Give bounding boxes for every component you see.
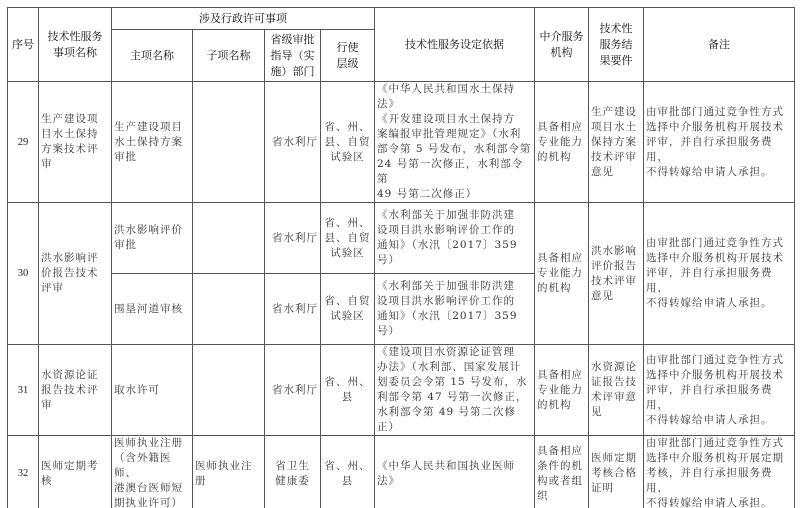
header-remark: 备注 xyxy=(644,8,795,82)
header-sub-item: 子项名称 xyxy=(193,30,265,82)
service-name-cell: 水资源论证 报告技术评 审 xyxy=(39,345,112,436)
header-level: 行使 层级 xyxy=(321,30,375,82)
agency-cell: 具备相应 专业能力 的机构 xyxy=(535,345,589,436)
remark-cell: 由审批部门通过竞争性方式 选择中介服务机构开展技术 评审，并自行承担服务费用， … xyxy=(644,203,795,345)
main-item-cell: 医师执业注册 （含外籍医师、 港澳台医师短 期执业许可） xyxy=(112,436,193,508)
header-service-name: 技术性服务 事项名称 xyxy=(39,8,112,82)
header-dept: 省级审批 指导（实 施）部门 xyxy=(265,30,321,82)
main-item-cell: 洪水影响评价 审批 xyxy=(112,203,193,274)
sub-item-cell: 医师执业注 册 xyxy=(193,436,265,508)
agency-cell: 具备相应 专业能力 的机构 xyxy=(535,82,589,203)
sub-item-cell xyxy=(193,345,265,436)
main-item-cell: 生产建设项目 水土保持方案 审批 xyxy=(112,82,193,203)
result-cell: 医师定期 考核合格 证明 xyxy=(589,436,644,508)
table-row: 29 生产建设项 目水土保持 方案技术评 审 生产建设项目 水土保持方案 审批 … xyxy=(8,82,795,203)
level-cell: 省、州、 县、自贸 试验区 xyxy=(321,203,375,274)
result-cell: 水资源论 证报告技 术评审意 见 xyxy=(589,345,644,436)
service-name-cell: 医师定期考 核 xyxy=(39,436,112,508)
intermediary-services-table: 序号 技术性服务 事项名称 涉及行政许可事项 技术性服务设定依据 中介服务 机构… xyxy=(7,7,795,508)
dept-cell: 省卫生 健康委 xyxy=(265,436,321,508)
header-basis: 技术性服务设定依据 xyxy=(375,8,535,82)
sub-item-cell xyxy=(193,274,265,345)
agency-cell: 具备相应 专业能力 的机构 xyxy=(535,203,589,345)
seq-cell: 30 xyxy=(8,203,39,345)
agency-cell: 具备相应 条件的机 构或者组 织 xyxy=(535,436,589,508)
level-cell: 省、州、 县 xyxy=(321,436,375,508)
dept-cell: 省水利厅 xyxy=(265,274,321,345)
level-cell: 省、州、 县、自贸 试验区 xyxy=(321,82,375,203)
seq-cell: 32 xyxy=(8,436,39,508)
sub-item-cell xyxy=(193,82,265,203)
remark-cell: 由审批部门通过竞争性方式 选择中介服务机构开展定期 考核，并自行承担服务费用， … xyxy=(644,436,795,508)
sub-item-cell xyxy=(193,203,265,274)
basis-cell: 《水利部关于加强非防洪建 设项目洪水影响评价工作的 通知》（水汛〔2017〕35… xyxy=(375,203,535,274)
table-row: 31 水资源论证 报告技术评 审 取水许可 省水利厅 省、州、 县 《建设项目水… xyxy=(8,345,795,436)
header-row-1: 序号 技术性服务 事项名称 涉及行政许可事项 技术性服务设定依据 中介服务 机构… xyxy=(8,8,795,30)
basis-cell: 《中华人民共和国水土保持 法》 《开发建设项目水土保持方 案编报审批管理规定》（… xyxy=(375,82,535,203)
service-name-cell: 生产建设项 目水土保持 方案技术评 审 xyxy=(39,82,112,203)
level-cell: 省、自贸 试验区 xyxy=(321,274,375,345)
header-seq: 序号 xyxy=(8,8,39,82)
header-admin-license-group: 涉及行政许可事项 xyxy=(112,8,375,30)
basis-cell: 《水利部关于加强非防洪建 设项目洪水影响评价工作的 通知》（水汛〔2017〕35… xyxy=(375,274,535,345)
level-cell: 省、州、 县 xyxy=(321,345,375,436)
main-item-cell: 围垦河道审核 xyxy=(112,274,193,345)
header-agency: 中介服务 机构 xyxy=(535,8,589,82)
basis-cell: 《中华人民共和国执业医师 法》 xyxy=(375,436,535,508)
table-row: 30 洪水影响评 价报告技术 评审 洪水影响评价 审批 省水利厅 省、州、 县、… xyxy=(8,203,795,274)
seq-cell: 31 xyxy=(8,345,39,436)
header-result: 技术性 服务结 果要件 xyxy=(589,8,644,82)
header-main-item: 主项名称 xyxy=(112,30,193,82)
remark-cell: 由审批部门通过竞争性方式 选择中介服务机构开展技术 评审，并自行承担服务费用， … xyxy=(644,82,795,203)
result-cell: 生产建设 项目水土 保持方案 技术评审 意见 xyxy=(589,82,644,203)
seq-cell: 29 xyxy=(8,82,39,203)
basis-cell: 《建设项目水资源论证管理 办法》（水利部、国家发展计 划委员会令第 15 号发布… xyxy=(375,345,535,436)
dept-cell: 省水利厅 xyxy=(265,345,321,436)
service-name-cell: 洪水影响评 价报告技术 评审 xyxy=(39,203,112,345)
dept-cell: 省水利厅 xyxy=(265,203,321,274)
main-item-cell: 取水许可 xyxy=(112,345,193,436)
table-row: 32 医师定期考 核 医师执业注册 （含外籍医师、 港澳台医师短 期执业许可） … xyxy=(8,436,795,508)
remark-cell: 由审批部门通过竞争性方式 选择中介服务机构开展技术 评审，并自行承担服务费用， … xyxy=(644,345,795,436)
dept-cell: 省水利厅 xyxy=(265,82,321,203)
result-cell: 洪水影响 评价报告 技术评审 意见 xyxy=(589,203,644,345)
